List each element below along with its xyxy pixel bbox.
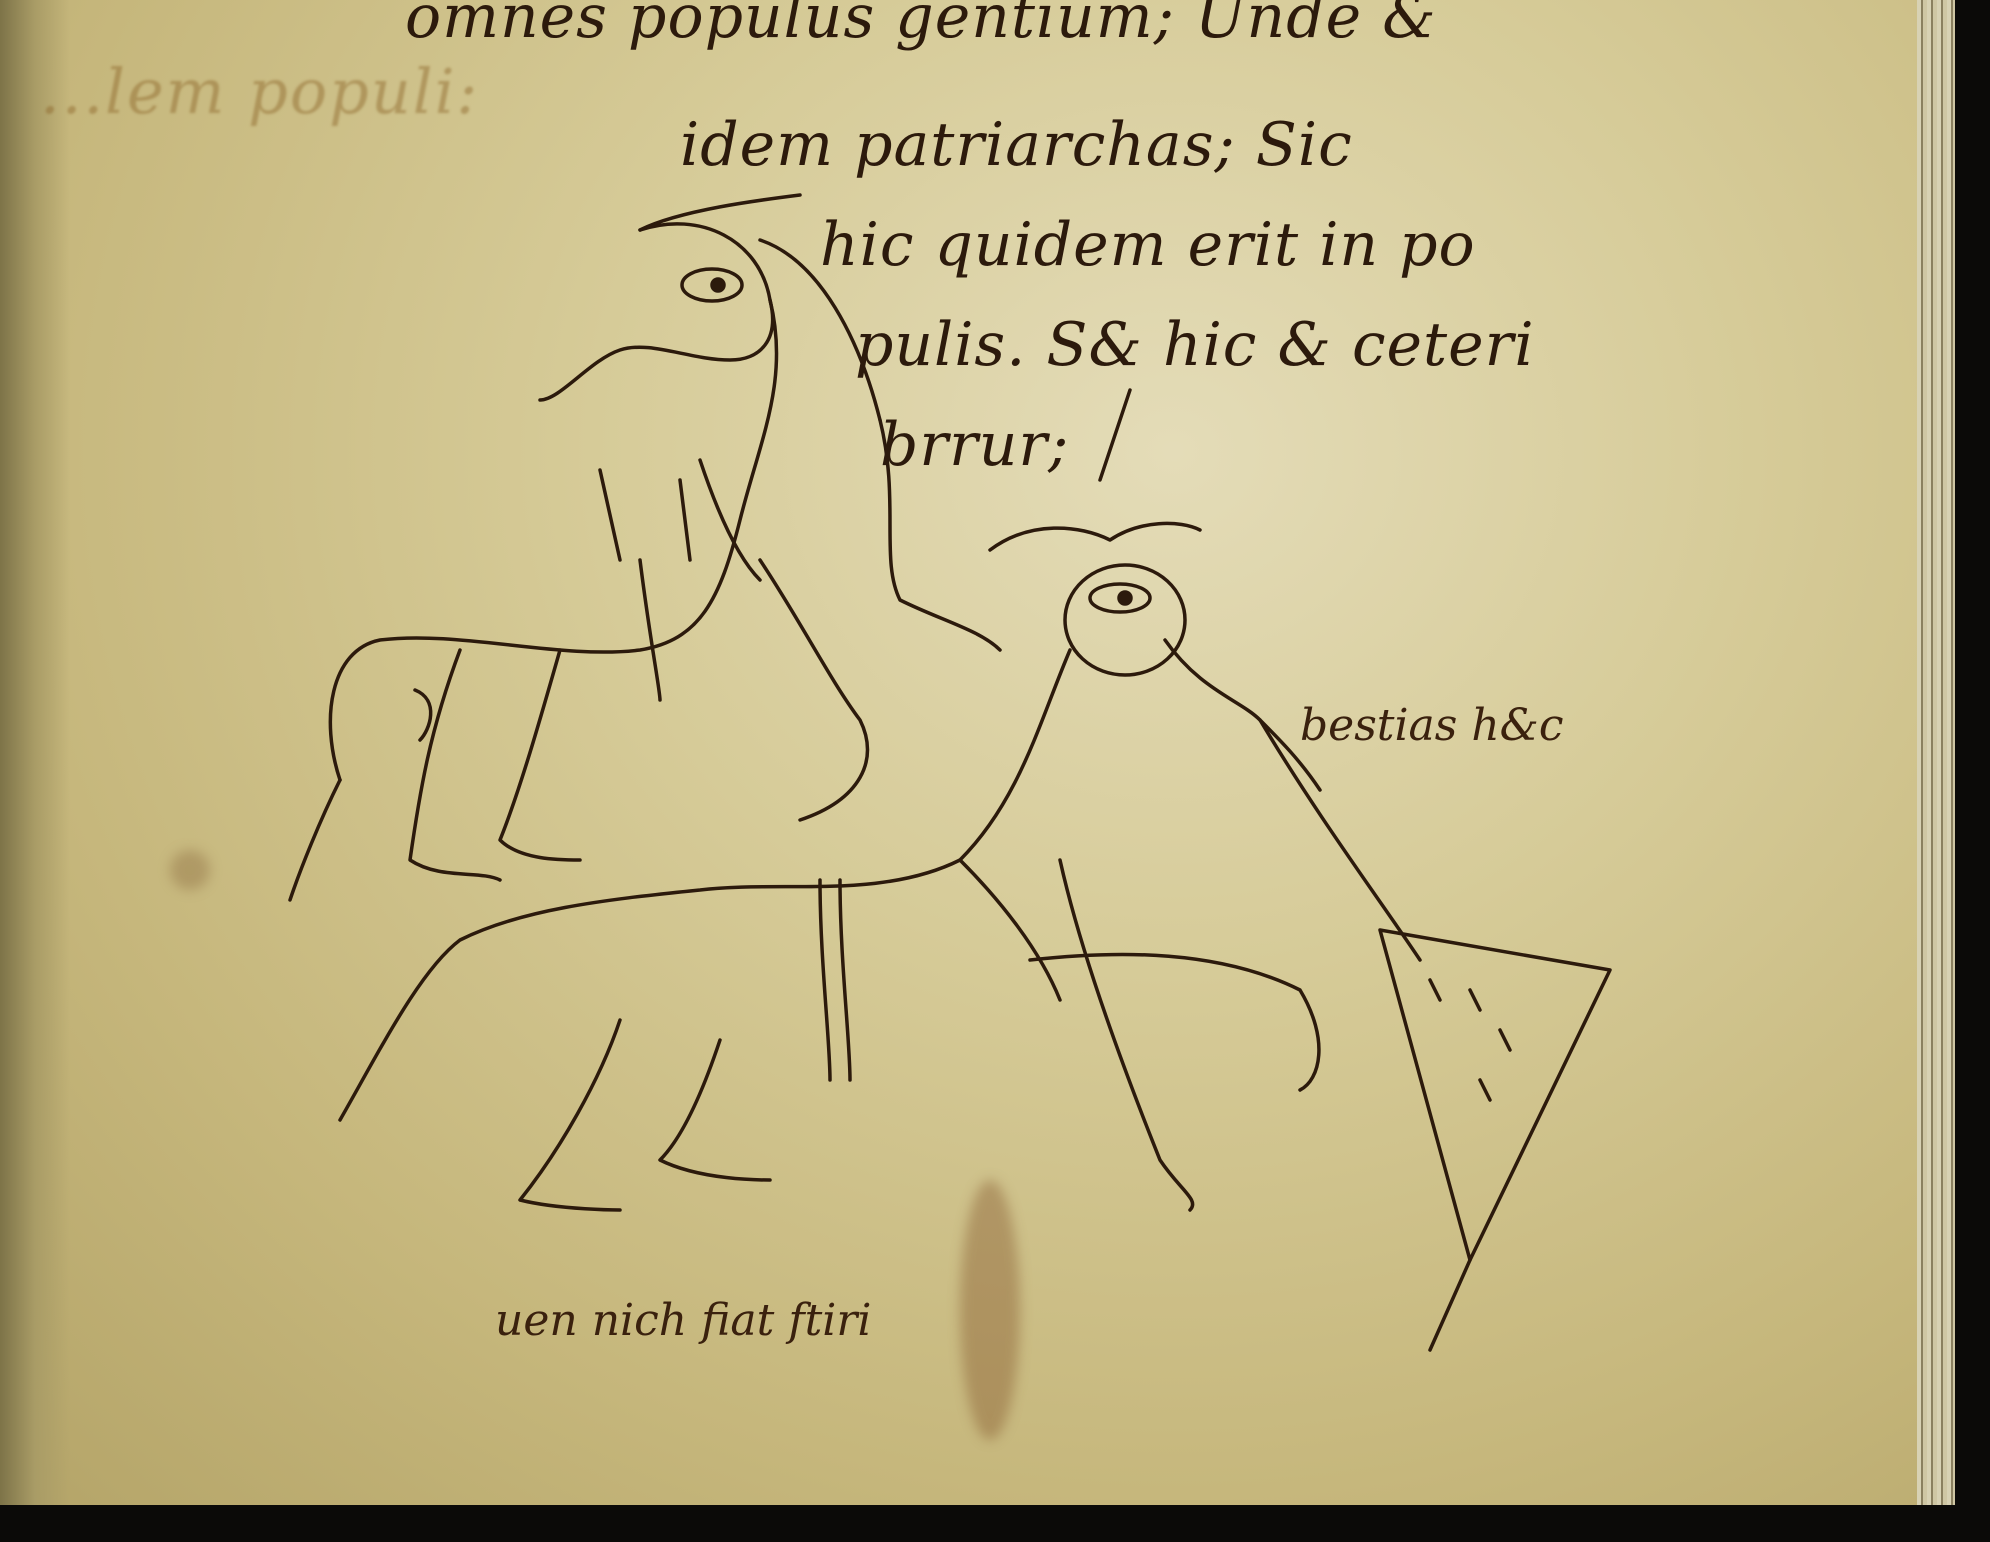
- banner-spear: [1100, 390, 1610, 1350]
- beast-illustration: [0, 0, 1990, 1542]
- lower-beast: [340, 523, 1320, 1210]
- upper-beast: [290, 195, 1000, 900]
